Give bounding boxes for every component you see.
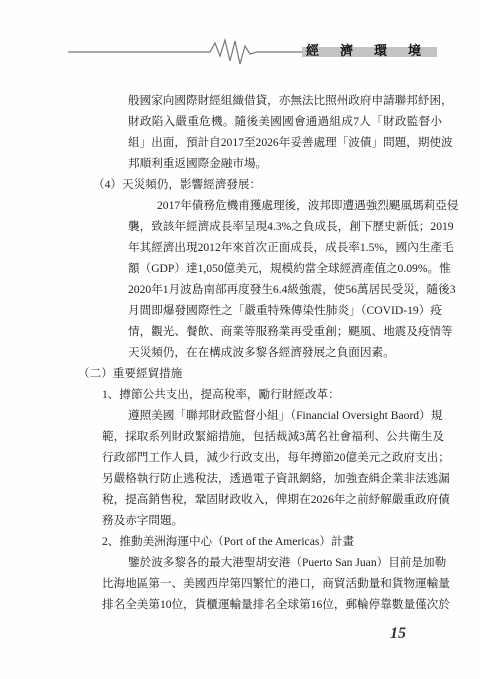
body-line: 月間即爆發國際性之「嚴重特殊傳染性肺炎」（COVID-19）疫 — [128, 300, 442, 321]
heading-measure-1: 1、撙節公共支出，提高稅率，勵行財經改革： — [102, 384, 442, 405]
page-number: 15 — [390, 625, 406, 643]
body-line: 般國家向國際財經組織借貸，亦無法比照州政府申請聯邦紓困， — [128, 90, 442, 111]
body-line: 情，觀光、餐飲、商業等服務業再受重創；颶風、地震及疫情等 — [128, 321, 442, 342]
page-header-title: 經濟環境 — [302, 42, 446, 60]
body-line: 襲，致該年經濟成長率呈現4.3%之負成長，創下歷史新低；2019 — [128, 216, 442, 237]
body-line: 2020年1月波島南部再度發生6.4級強震，使56萬居民受災，隨後3 — [128, 279, 442, 300]
document-page: 經濟環境 般國家向國際財經組織借貸，亦無法比照州政府申請聯邦紓困， 財政陷入嚴重… — [0, 0, 480, 679]
body-line: 範，採取系列財政緊縮措施，包括裁減3萬名社會福利、公共衛生及 — [102, 426, 442, 447]
body-line: 財政陷入嚴重危機。隨後美國國會通過組成7人「財政監督小 — [128, 111, 442, 132]
body-line: 遵照美國「聯邦財政監督小組」（Financial Oversight Baord… — [128, 405, 442, 426]
body-line: 2017年債務危機甫獲處理後，波邦即遭遇強烈颶風瑪莉亞侵 — [157, 195, 442, 216]
heading-item-4: （4）天災頻仍，影響經濟發展： — [93, 174, 442, 195]
body-line: 行政部門工作人員，減少行政支出，每年撙節20億美元之政府支出； — [102, 447, 442, 468]
body-line: 年其經濟出現2012年來首次正面成長，成長率1.5%，國內生產毛 — [128, 237, 442, 258]
body-line: 比海地區第一、美國西岸第四繁忙的港口，商貿活動量和貨物運輸量 — [102, 573, 442, 594]
document-body: 般國家向國際財經組織借貸，亦無法比照州政府申請聯邦紓困， 財政陷入嚴重危機。隨後… — [78, 90, 442, 615]
body-line: 額（GDP）達1,050億美元，規模約當全球經濟產值之0.09%。惟 — [128, 258, 442, 279]
heading-measure-2: 2、推動美洲海運中心（Port of the Americas）計畫 — [102, 531, 442, 552]
heading-section-2: （二）重要經貿措施 — [78, 363, 442, 384]
body-line: 鑒於波多黎各的最大港聖胡安港（Puerto San Juan）目前是加勒 — [128, 552, 442, 573]
body-line: 務及赤字問題。 — [102, 510, 442, 531]
body-line: 組」出面，預計自2017至2026年妥善處理「波債」問題，期使波 — [128, 132, 442, 153]
body-line: 邦順利重返國際金融市場。 — [128, 153, 442, 174]
body-line: 排名全美第10位，貨櫃運輸量排名全球第16位，郵輪停靠數量僅次於 — [102, 594, 442, 615]
body-line: 天災頻仍，在在構成波多黎各經濟發展之負面因素。 — [128, 342, 442, 363]
body-line: 另嚴格執行防止逃稅法，透過電子資訊網絡，加強查緝企業非法逃漏 — [102, 468, 442, 489]
body-line: 稅，提高銷售稅，鞏固財政收入，俾期在2026年之前紓解嚴重政府債 — [102, 489, 442, 510]
